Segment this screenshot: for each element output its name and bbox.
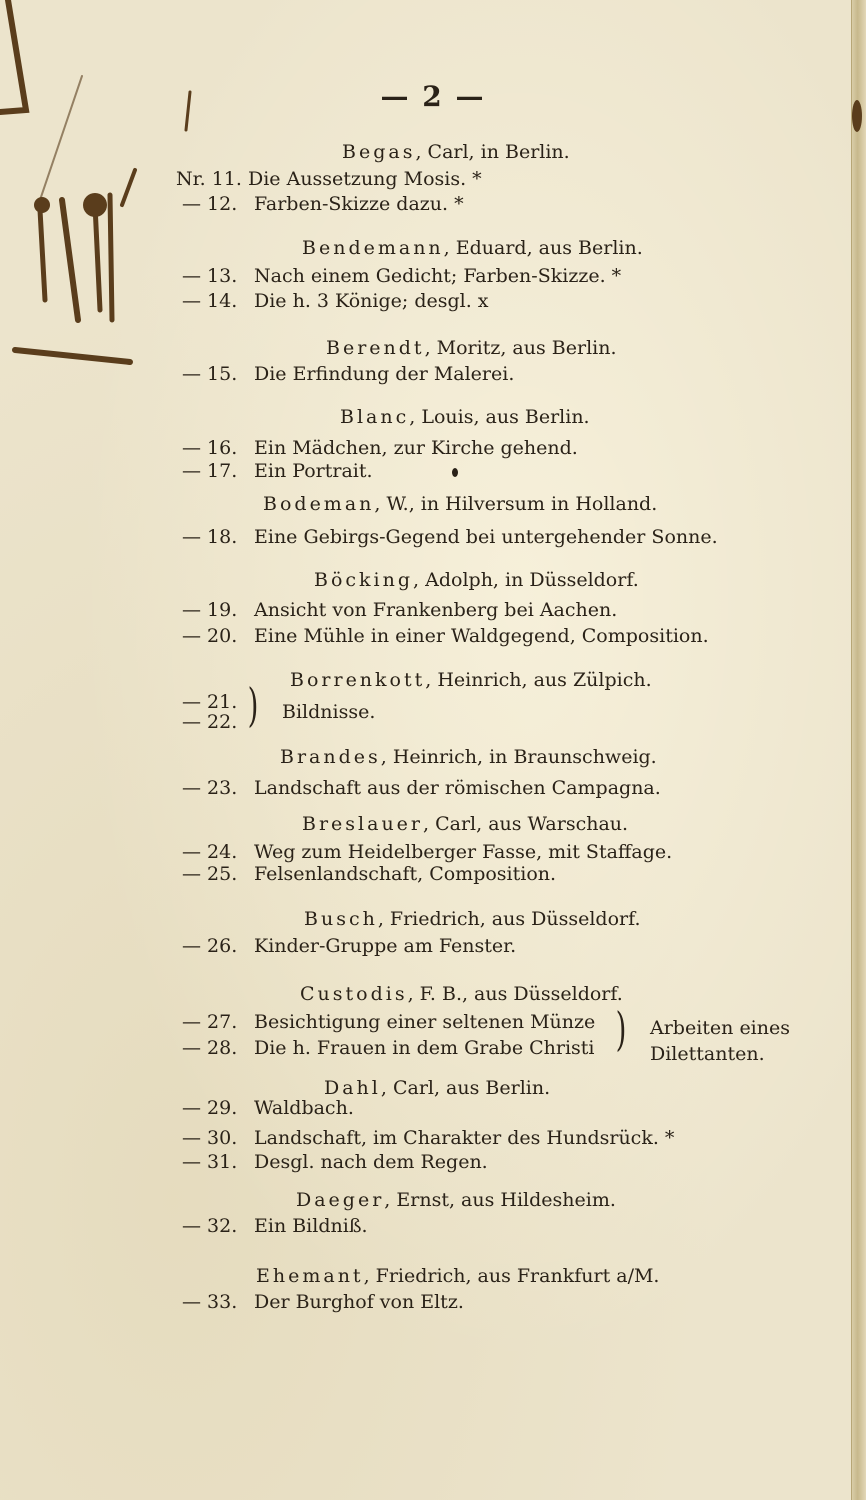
manuscript-ink-marks-icon — [0, 0, 200, 400]
entry-title: Die Erfindung der Malerei. — [254, 363, 514, 385]
entry-title: Besichtigung einer seltenen Münze — [254, 1011, 595, 1033]
catalog-entry: — 15.Die Erfindung der Malerei. — [182, 362, 514, 386]
artist-surname: Custodis — [300, 983, 408, 1005]
artist-details: , Friedrich, aus Düsseldorf. — [378, 908, 641, 930]
artist-surname: Berendt — [326, 337, 425, 359]
catalog-entry: — 23.Landschaft aus der römischen Campag… — [182, 776, 661, 800]
catalog-entry: — 31.Desgl. nach dem Regen. — [182, 1150, 488, 1174]
artist-surname: Busch — [304, 908, 378, 930]
page-edge — [851, 0, 866, 1500]
artist-heading: Bendemann, Eduard, aus Berlin. — [302, 236, 643, 260]
artist-heading: Berendt, Moritz, aus Berlin. — [326, 336, 617, 360]
entry-title: Farben-Skizze dazu. * — [254, 193, 464, 215]
artist-surname: Blanc — [340, 406, 409, 428]
entry-title: Eine Mühle in einer Waldgegend, Composit… — [254, 625, 709, 647]
artist-details: , Eduard, aus Berlin. — [444, 237, 643, 259]
artist-surname: Daeger — [296, 1189, 384, 1211]
entry-title: Die Aussetzung Mosis. * — [248, 168, 482, 190]
entry-number: — 33. — [182, 1290, 254, 1314]
entry-number: Nr. 11. — [176, 167, 248, 191]
catalog-entry: — 32.Ein Bildniß. — [182, 1214, 368, 1238]
entry-title: Landschaft aus der römischen Campagna. — [254, 777, 661, 799]
artist-surname: Begas — [342, 141, 415, 163]
artist-details: , Heinrich, in Braunschweig. — [381, 746, 657, 768]
catalog-entry: — 24.Weg zum Heidelberger Fasse, mit Sta… — [182, 840, 672, 864]
artist-details: , Louis, aus Berlin. — [409, 406, 589, 428]
catalog-entry: — 26.Kinder-Gruppe am Fenster. — [182, 934, 516, 958]
entry-title: Ein Bildniß. — [254, 1215, 368, 1237]
artist-details: , Friedrich, aus Frankfurt a/M. — [364, 1265, 660, 1287]
page-number: — 2 — — [0, 80, 866, 113]
entry-title: Desgl. nach dem Regen. — [254, 1151, 488, 1173]
entry-number: — 28. — [182, 1036, 254, 1060]
entry-title: Landschaft, im Charakter des Hundsrück. … — [254, 1127, 674, 1149]
catalog-entry: — 27.Besichtigung einer seltenen Münze — [182, 1010, 595, 1034]
group-note: Bildnisse. — [282, 700, 375, 724]
entry-title: Die h. Frauen in dem Grabe Christi — [254, 1037, 595, 1059]
entry-title: Ein Mädchen, zur Kirche gehend. — [254, 437, 578, 459]
artist-heading: Custodis, F. B., aus Düsseldorf. — [300, 982, 623, 1006]
catalog-entry: — 16.Ein Mädchen, zur Kirche gehend. — [182, 436, 578, 460]
entry-number: — 23. — [182, 776, 254, 800]
entry-number: — 14. — [182, 289, 254, 313]
artist-surname: Ehemant — [256, 1265, 364, 1287]
artist-heading: Brandes, Heinrich, in Braunschweig. — [280, 745, 657, 769]
entry-number: — 19. — [182, 598, 254, 622]
artist-heading: Busch, Friedrich, aus Düsseldorf. — [304, 907, 641, 931]
artist-details: , Carl, aus Berlin. — [381, 1077, 550, 1099]
catalog-entry: — 14.Die h. 3 Könige; desgl. x — [182, 289, 489, 313]
artist-details: , Carl, in Berlin. — [415, 141, 569, 163]
entry-number: — 16. — [182, 436, 254, 460]
entry-number: — 15. — [182, 362, 254, 386]
entry-number: — 25. — [182, 862, 254, 886]
entry-number: — 32. — [182, 1214, 254, 1238]
catalog-entry: — 30.Landschaft, im Charakter des Hundsr… — [182, 1126, 674, 1150]
entry-title: Der Burghof von Eltz. — [254, 1291, 464, 1313]
entry-number: — 13. — [182, 264, 254, 288]
entry-title: Waldbach. — [254, 1097, 354, 1119]
artist-surname: Borrenkott — [290, 669, 425, 691]
artist-heading: Böcking, Adolph, in Düsseldorf. — [314, 568, 639, 592]
artist-surname: Breslauer — [302, 813, 423, 835]
entry-number: — 17. — [182, 459, 254, 483]
artist-details: , Ernst, aus Hildesheim. — [384, 1189, 616, 1211]
catalog-entry: — 22. — [182, 710, 254, 734]
catalog-entry: — 33.Der Burghof von Eltz. — [182, 1290, 464, 1314]
entry-title: Die h. 3 Könige; desgl. x — [254, 290, 489, 312]
entry-title: Felsenlandschaft, Composition. — [254, 863, 556, 885]
entry-title: Kinder-Gruppe am Fenster. — [254, 935, 516, 957]
entry-number: — 26. — [182, 934, 254, 958]
catalog-entry: — 17.Ein Portrait. — [182, 459, 373, 483]
artist-heading: Bodeman, W., in Hilversum in Holland. — [263, 492, 657, 516]
artist-surname: Böcking — [314, 569, 413, 591]
catalog-entry: — 19.Ansicht von Frankenberg bei Aachen. — [182, 598, 617, 622]
catalog-entry: — 28.Die h. Frauen in dem Grabe Christi — [182, 1036, 595, 1060]
entry-number: — 29. — [182, 1096, 254, 1120]
entry-number: — 30. — [182, 1126, 254, 1150]
artist-surname: Bendemann — [302, 237, 444, 259]
artist-surname: Brandes — [280, 746, 381, 768]
entry-title: Weg zum Heidelberger Fasse, mit Staffage… — [254, 841, 672, 863]
catalog-entry: Nr. 11.Die Aussetzung Mosis. * — [176, 167, 482, 191]
group-note: Arbeiten eines — [650, 1016, 790, 1040]
entry-number: — 24. — [182, 840, 254, 864]
entry-title: Ein Portrait. — [254, 460, 373, 482]
artist-surname: Bodeman — [263, 493, 374, 515]
artist-heading: Breslauer, Carl, aus Warschau. — [302, 812, 628, 836]
catalog-entry: — 20.Eine Mühle in einer Waldgegend, Com… — [182, 624, 709, 648]
brace-icon: ) — [248, 682, 259, 728]
entry-number: — 12. — [182, 192, 254, 216]
entry-number: — 22. — [182, 710, 254, 734]
catalog-entry: — 12.Farben-Skizze dazu. * — [182, 192, 464, 216]
entry-number: — 20. — [182, 624, 254, 648]
group-note: Dilettanten. — [650, 1042, 765, 1066]
artist-heading: Borrenkott, Heinrich, aus Zülpich. — [290, 668, 652, 692]
catalog-entry: — 18.Eine Gebirgs-Gegend bei untergehend… — [182, 525, 718, 549]
catalog-entry: — 29.Waldbach. — [182, 1096, 354, 1120]
catalog-entry: — 25.Felsenlandschaft, Composition. — [182, 862, 556, 886]
artist-heading: Blanc, Louis, aus Berlin. — [340, 405, 590, 429]
entry-title: Eine Gebirgs-Gegend bei untergehender So… — [254, 526, 718, 548]
artist-details: , F. B., aus Düsseldorf. — [408, 983, 623, 1005]
entry-number: — 18. — [182, 525, 254, 549]
entry-title: Ansicht von Frankenberg bei Aachen. — [254, 599, 617, 621]
artist-details: , W., in Hilversum in Holland. — [374, 493, 657, 515]
artist-heading: Ehemant, Friedrich, aus Frankfurt a/M. — [256, 1264, 659, 1288]
brace-icon: ) — [616, 1006, 627, 1052]
artist-details: , Carl, aus Warschau. — [423, 813, 628, 835]
catalog-entry: — 13.Nach einem Gedicht; Farben-Skizze. … — [182, 264, 621, 288]
artist-details: , Adolph, in Düsseldorf. — [413, 569, 639, 591]
artist-heading: Dahl, Carl, aus Berlin. — [324, 1076, 550, 1100]
artist-details: , Heinrich, aus Zülpich. — [425, 669, 651, 691]
artist-details: , Moritz, aus Berlin. — [425, 337, 617, 359]
ink-dot — [452, 468, 458, 477]
entry-number: — 27. — [182, 1010, 254, 1034]
entry-number: — 31. — [182, 1150, 254, 1174]
artist-heading: Daeger, Ernst, aus Hildesheim. — [296, 1188, 616, 1212]
entry-title: Nach einem Gedicht; Farben-Skizze. * — [254, 265, 621, 287]
artist-heading: Begas, Carl, in Berlin. — [342, 140, 570, 164]
